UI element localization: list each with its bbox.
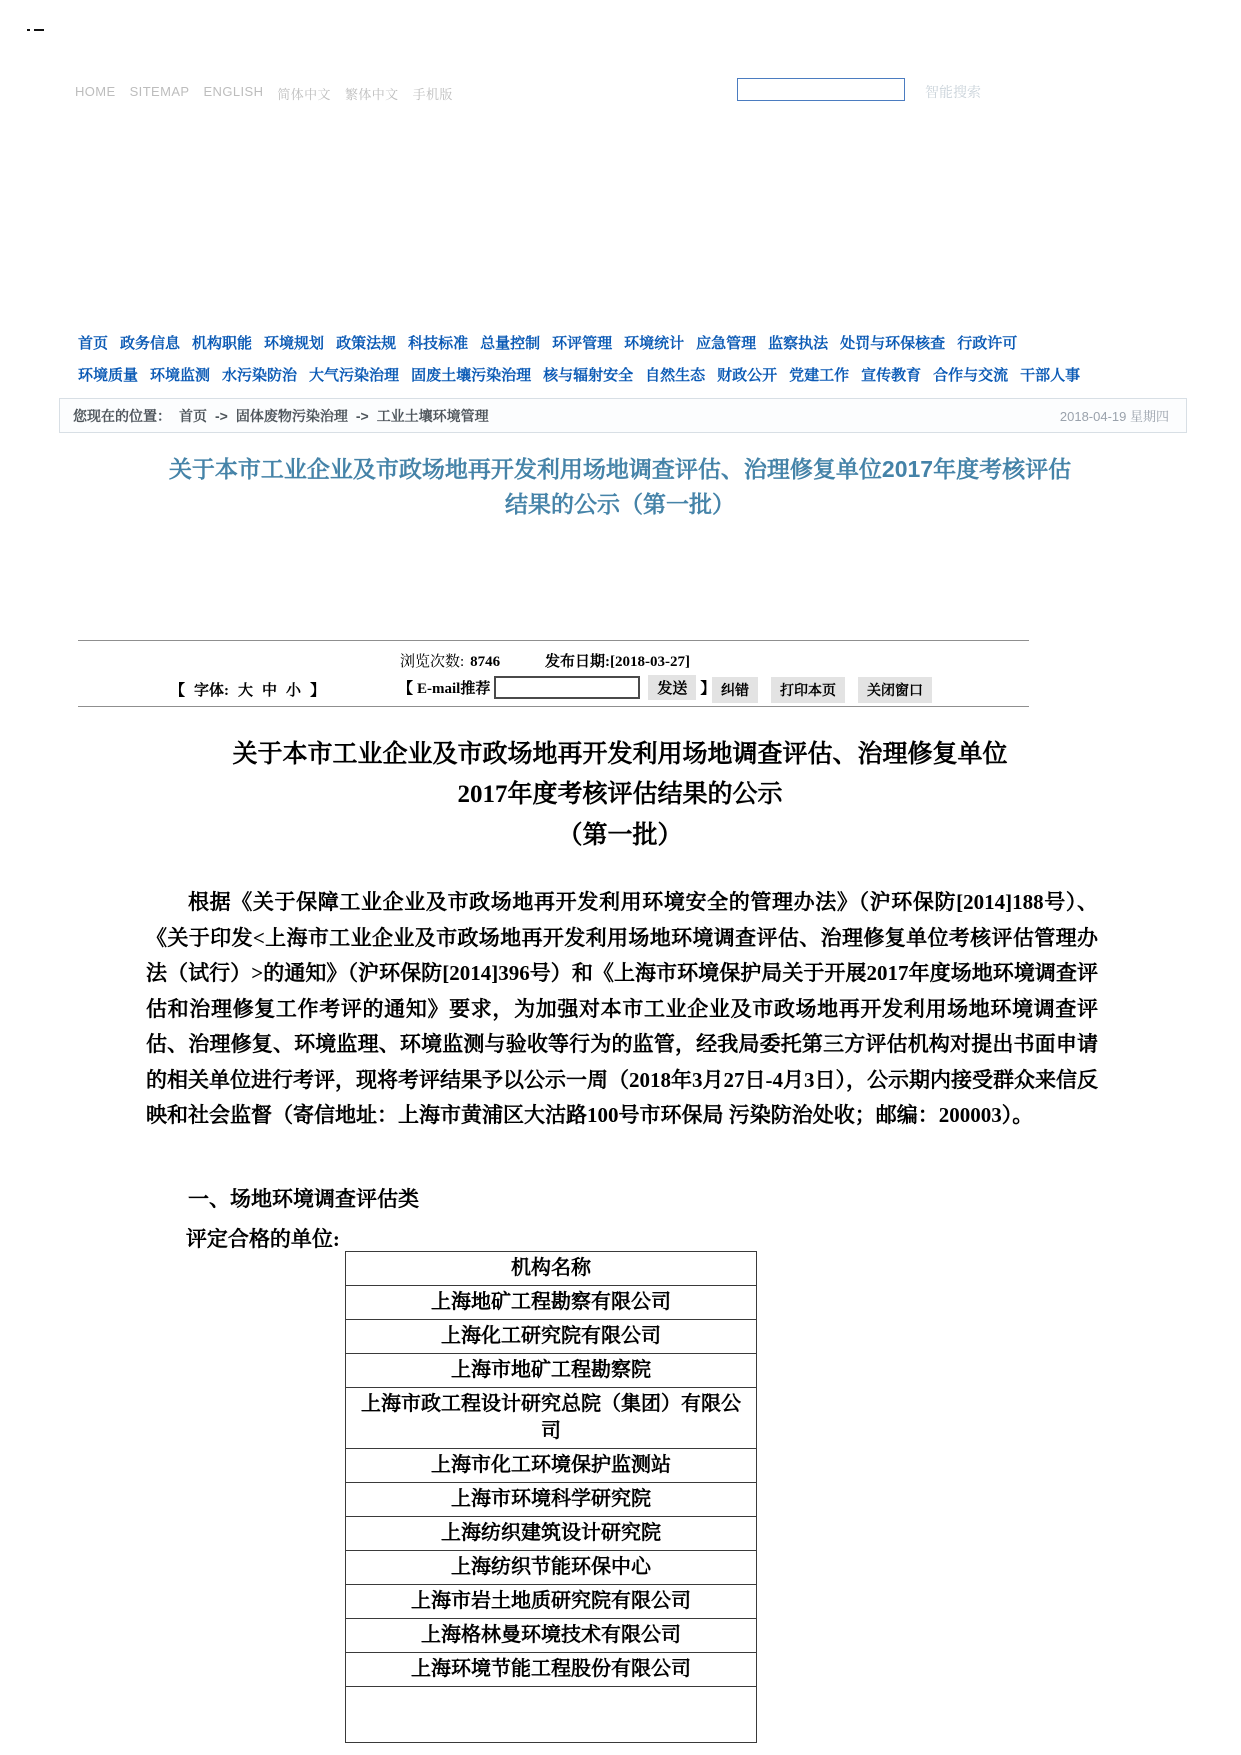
close-window-button[interactable]: 关闭窗口 (858, 677, 932, 703)
view-count-label: 浏览次数: (400, 654, 464, 670)
empty-cell (346, 1687, 757, 1743)
bracket-close: 】 (310, 679, 325, 700)
utility-link[interactable]: 手机版 (413, 84, 453, 103)
nav-link[interactable]: 总量控制 (480, 332, 540, 353)
org-name-cell: 上海市政工程设计研究总院（集团）有限公司 (346, 1388, 757, 1449)
email-label: E-mail推荐 (417, 677, 490, 698)
table-row: 上海市化工环境保护监测站 (346, 1449, 757, 1483)
table-row: 上海市政工程设计研究总院（集团）有限公司 (346, 1388, 757, 1449)
smart-search-label: 智能搜索 (925, 82, 981, 102)
org-name-cell: 上海地矿工程勘察有限公司 (346, 1286, 757, 1320)
breadcrumb: 您现在的位置： 首页 -> 固体废物污染治理 -> 工业土壤环境管理 2018-… (59, 398, 1187, 433)
org-name-cell: 上海市岩土地质研究院有限公司 (346, 1585, 757, 1619)
nav-link[interactable]: 固废土壤污染治理 (411, 364, 531, 385)
org-name-cell: 上海市化工环境保护监测站 (346, 1449, 757, 1483)
breadcrumb-item-home[interactable]: 首页 (179, 406, 207, 426)
report-error-button[interactable]: 纠错 (712, 677, 758, 703)
corner-mark-dash (34, 29, 44, 31)
table-row: 上海市地矿工程勘察院 (346, 1354, 757, 1388)
utility-link[interactable]: 简体中文 (277, 84, 331, 103)
nav-link[interactable]: 合作与交流 (933, 364, 1008, 385)
nav-row-2: 环境质量环境监测水污染防治大气污染治理固废土壤污染治理核与辐射安全自然生态财政公… (78, 364, 1198, 385)
view-count-value: 8746 (470, 654, 500, 670)
breadcrumb-item-category[interactable]: 固体废物污染治理 (236, 406, 348, 426)
article-paragraph: 根据《关于保障工业企业及市政场地再开发利用环境安全的管理办法》（沪环保防[201… (146, 885, 1098, 1134)
table-head: 机构名称 (346, 1252, 757, 1286)
font-size-medium[interactable]: 中 (262, 679, 277, 700)
article-title: 关于本市工业企业及市政场地再开发利用场地调查评估、治理修复单位2017年度考核评… (225, 735, 1015, 815)
email-recommend: 【E-mail推荐 发送 】 (398, 675, 715, 700)
nav-link[interactable]: 水污染防治 (222, 364, 297, 385)
font-size-label: 字体: (194, 679, 229, 700)
table-row: 上海纺织建筑设计研究院 (346, 1517, 757, 1551)
utility-link[interactable]: 繁体中文 (345, 84, 399, 103)
utility-link[interactable]: HOME (75, 84, 116, 103)
org-name-cell: 上海市环境科学研究院 (346, 1483, 757, 1517)
breadcrumb-item-page[interactable]: 工业土壤环境管理 (377, 406, 489, 426)
nav-link[interactable]: 环境规划 (264, 332, 324, 353)
table-row: 上海环境节能工程股份有限公司 (346, 1653, 757, 1687)
nav-link[interactable]: 科技标准 (408, 332, 468, 353)
nav-link[interactable]: 政务信息 (120, 332, 180, 353)
table-row: 上海纺织节能环保中心 (346, 1551, 757, 1585)
bracket-open: 【 (170, 679, 185, 700)
email-input[interactable] (494, 676, 640, 699)
qualified-units-label: 评定合格的单位: (146, 1223, 1098, 1253)
nav-link[interactable]: 环境统计 (624, 332, 684, 353)
nav-link[interactable]: 机构职能 (192, 332, 252, 353)
table-row: 上海市岩土地质研究院有限公司 (346, 1585, 757, 1619)
article-subtitle: （第一批） (225, 815, 1015, 851)
nav-link[interactable]: 自然生态 (645, 364, 705, 385)
qualified-units-table: 机构名称 上海地矿工程勘察有限公司上海化工研究院有限公司上海市地矿工程勘察院上海… (345, 1251, 757, 1743)
page-title: 关于本市工业企业及市政场地再开发利用场地调查评估、治理修复单位2017年度考核评… (160, 452, 1080, 522)
org-name-cell: 上海纺织建筑设计研究院 (346, 1517, 757, 1551)
breadcrumb-trail: 您现在的位置： 首页 -> 固体废物污染治理 -> 工业土壤环境管理 (73, 406, 489, 426)
breadcrumb-label: 您现在的位置： (73, 406, 171, 426)
bracket-open: 【 (398, 677, 413, 698)
table-row: 上海格林曼环境技术有限公司 (346, 1619, 757, 1653)
nav-link[interactable]: 首页 (78, 332, 108, 353)
utility-link[interactable]: SITEMAP (130, 84, 190, 103)
section-heading: 一、场地环境调查评估类 (146, 1183, 1098, 1213)
table-row: 上海市环境科学研究院 (346, 1483, 757, 1517)
nav-link[interactable]: 核与辐射安全 (543, 364, 633, 385)
nav-link[interactable]: 环境监测 (150, 364, 210, 385)
nav-link[interactable]: 财政公开 (717, 364, 777, 385)
nav-link[interactable]: 监察执法 (768, 332, 828, 353)
nav-link[interactable]: 宣传教育 (861, 364, 921, 385)
nav-link[interactable]: 应急管理 (696, 332, 756, 353)
font-size-small[interactable]: 小 (286, 679, 301, 700)
nav-link[interactable]: 政策法规 (336, 332, 396, 353)
breadcrumb-separator: -> (356, 408, 369, 424)
font-size-control: 【字体: 大 中 小 】 (170, 679, 325, 700)
nav-link[interactable]: 环境质量 (78, 364, 138, 385)
table-header-cell: 机构名称 (346, 1252, 757, 1286)
nav-link[interactable]: 大气污染治理 (309, 364, 399, 385)
org-name-cell: 上海格林曼环境技术有限公司 (346, 1619, 757, 1653)
table-empty-row (346, 1687, 757, 1743)
table-row: 上海化工研究院有限公司 (346, 1320, 757, 1354)
nav-link[interactable]: 行政许可 (957, 332, 1017, 353)
article-meta-bar: 浏览次数:8746 发布日期:[2018-03-27] 【字体: 大 中 小 】… (78, 640, 1029, 707)
current-date: 2018-04-19 星期四 (1060, 406, 1173, 425)
print-page-button[interactable]: 打印本页 (771, 677, 845, 703)
meta-buttons: 纠错 打印本页 关闭窗口 (712, 677, 932, 703)
org-name-cell: 上海化工研究院有限公司 (346, 1320, 757, 1354)
utility-bar: HOMESITEMAPENGLISH简体中文繁体中文手机版 (75, 84, 453, 103)
publish-date: 发布日期:[2018-03-27] (545, 650, 690, 671)
search-input[interactable] (737, 78, 905, 101)
nav-link[interactable]: 环评管理 (552, 332, 612, 353)
nav-link[interactable]: 处罚与环保核查 (840, 332, 945, 353)
corner-mark-dot (27, 29, 30, 31)
nav-row-1: 首页政务信息机构职能环境规划政策法规科技标准总量控制环评管理环境统计应急管理监察… (78, 332, 1198, 353)
font-size-large[interactable]: 大 (238, 679, 253, 700)
breadcrumb-separator: -> (215, 408, 228, 424)
nav-link[interactable]: 干部人事 (1020, 364, 1080, 385)
org-name-cell: 上海市地矿工程勘察院 (346, 1354, 757, 1388)
org-name-cell: 上海环境节能工程股份有限公司 (346, 1653, 757, 1687)
org-name-cell: 上海纺织节能环保中心 (346, 1551, 757, 1585)
send-button[interactable]: 发送 (648, 675, 696, 700)
utility-link[interactable]: ENGLISH (203, 84, 263, 103)
view-count: 浏览次数:8746 (400, 650, 500, 671)
table-body: 上海地矿工程勘察有限公司上海化工研究院有限公司上海市地矿工程勘察院上海市政工程设… (346, 1286, 757, 1687)
table-foot (346, 1687, 757, 1743)
table-row: 上海地矿工程勘察有限公司 (346, 1286, 757, 1320)
page: HOMESITEMAPENGLISH简体中文繁体中文手机版 智能搜索 首页政务信… (0, 0, 1241, 1755)
main-nav: 首页政务信息机构职能环境规划政策法规科技标准总量控制环评管理环境统计应急管理监察… (78, 332, 1198, 385)
nav-link[interactable]: 党建工作 (789, 364, 849, 385)
